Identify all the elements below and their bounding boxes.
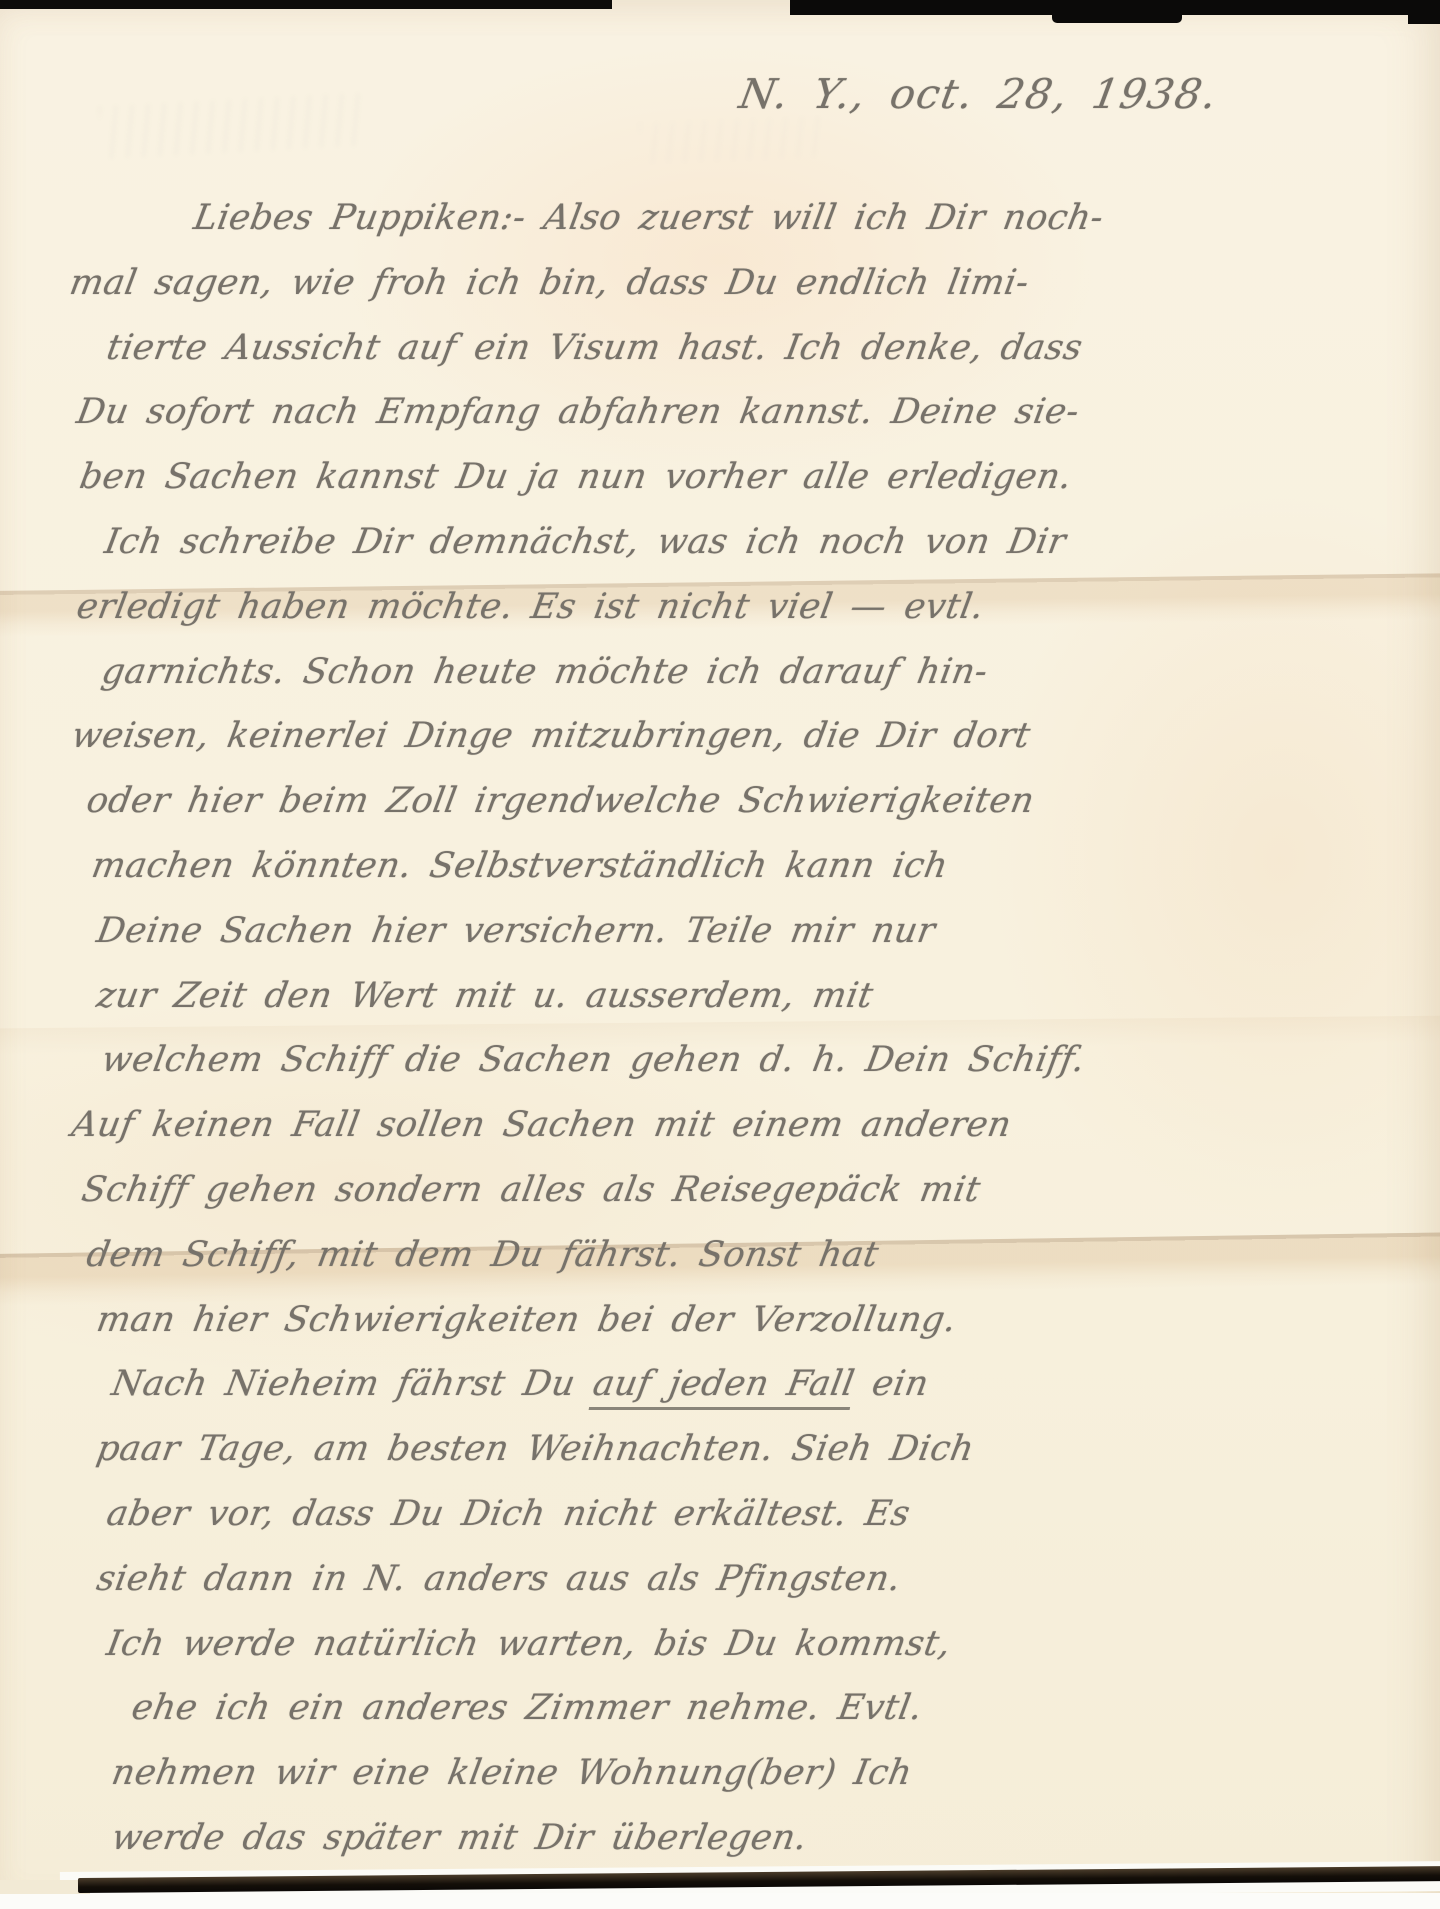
letter-line: weisen, keinerlei Dinge mitzubringen, di…: [64, 716, 1199, 781]
letter-line: Ich werde natürlich warten, bis Du komms…: [99, 1624, 1199, 1689]
letter-line: ben Sachen kannst Du ja nun vorher alle …: [72, 457, 1199, 522]
letter-body: Liebes Puppiken:- Also zuerst will ich D…: [64, 198, 1194, 1883]
letter-line: Schiff gehen sondern alles als Reisegepä…: [74, 1170, 1199, 1235]
bleedthrough-marks: [639, 117, 820, 163]
letter-line: mal sagen, wie froh ich bin, dass Du end…: [62, 263, 1199, 328]
letter-line: Du sofort nach Empfang abfahren kannst. …: [69, 392, 1199, 457]
scan-background-bottom: [0, 1893, 1440, 1909]
letter-line: sieht dann in N. anders aus als Pfingste…: [89, 1559, 1199, 1624]
scan-artifact-top-nub: [1052, 0, 1182, 23]
letter-line: dem Schiff, mit dem Du fährst. Sonst hat: [79, 1235, 1199, 1300]
letter-line: erledigt haben möchte. Es ist nicht viel…: [69, 587, 1199, 652]
letter-line: Deine Sachen hier versichern. Teile mir …: [89, 911, 1199, 976]
bleedthrough-marks: [99, 93, 361, 159]
letter-line: oder hier beim Zoll irgendwelche Schwier…: [79, 781, 1199, 846]
letter-line: Auf keinen Fall sollen Sachen mit einem …: [64, 1105, 1199, 1170]
letter-line: Ich schreibe Dir demnächst, was ich noch…: [97, 522, 1199, 587]
dateline: N. Y., oct. 28, 1938.: [736, 70, 1222, 118]
letter-line: Nach Nieheim fährst Du auf jeden Fall ei…: [104, 1364, 1199, 1429]
letter-line: garnichts. Schon heute möchte ich darauf…: [94, 652, 1199, 717]
scan-artifact-top-corner: [1408, 0, 1440, 24]
underlined-phrase: auf jeden Fall: [589, 1364, 858, 1410]
letter-line: Liebes Puppiken:- Also zuerst will ich D…: [58, 198, 1199, 263]
letter-line: tierte Aussicht auf ein Visum hast. Ich …: [99, 328, 1199, 393]
letter-line: machen könnten. Selbstverständlich kann …: [84, 846, 1199, 911]
letter-line: man hier Schwierigkeiten bei der Verzoll…: [89, 1300, 1199, 1365]
letter-line: nehmen wir eine kleine Wohnung(ber) Ich: [104, 1753, 1199, 1818]
letter-line: welchem Schiff die Sachen gehen d. h. De…: [94, 1040, 1199, 1105]
letter-line: ehe ich ein anderes Zimmer nehme. Evtl.: [124, 1688, 1199, 1753]
scan-artifact-top-left-bar: [0, 0, 612, 9]
letter-line: zur Zeit den Wert mit u. ausserdem, mit: [89, 976, 1199, 1041]
paper-bottom-left-corner: [0, 1880, 90, 1894]
letter-scan-page: N. Y., oct. 28, 1938. Liebes Puppiken:- …: [0, 0, 1440, 1909]
letter-line-text: Nach Nieheim fährst Du: [109, 1364, 597, 1404]
letter-line-text: ein: [851, 1364, 932, 1404]
letter-line: aber vor, dass Du Dich nicht erkältest. …: [99, 1494, 1199, 1559]
letter-line: paar Tage, am besten Weihnachten. Sieh D…: [89, 1429, 1199, 1494]
